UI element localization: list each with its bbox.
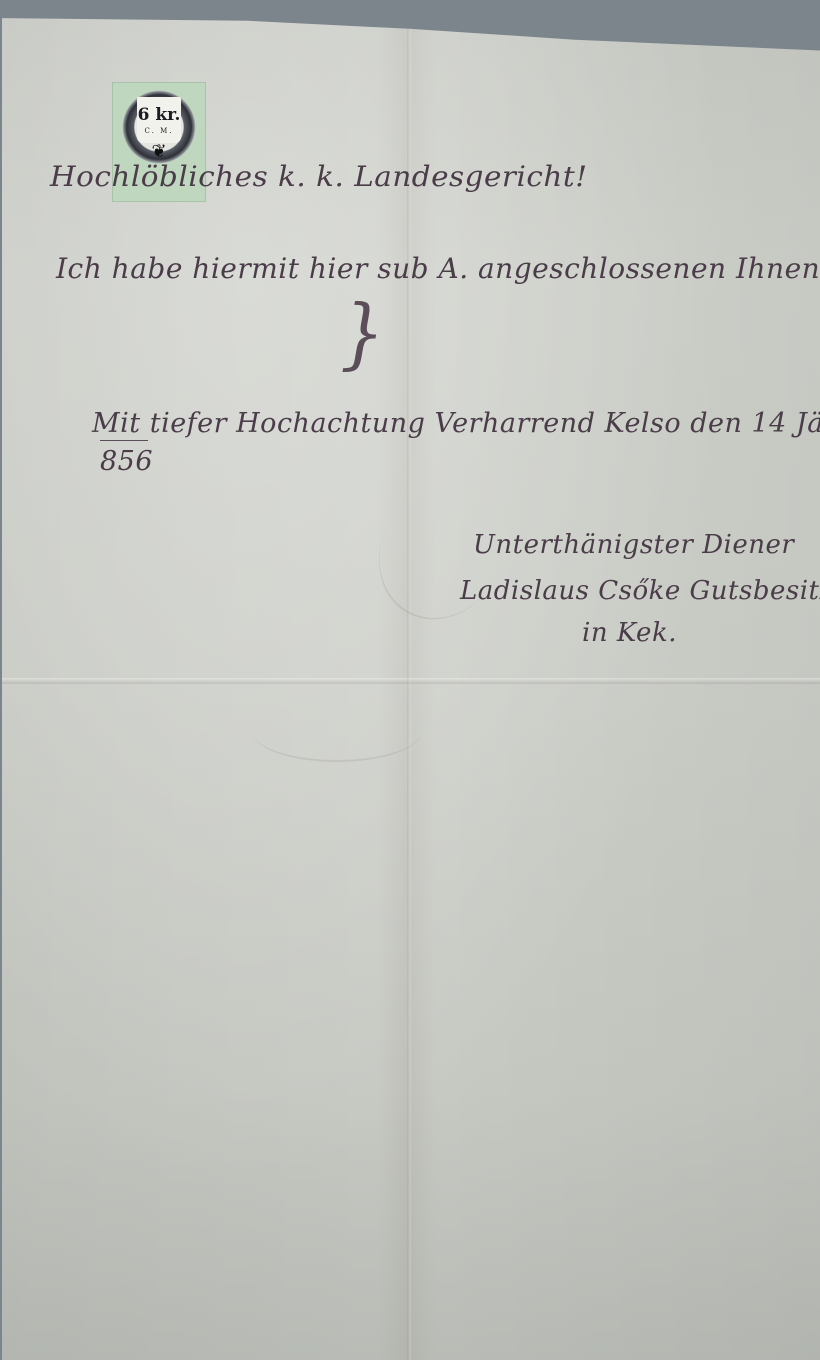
- year-underline: [100, 440, 148, 441]
- closing-line: Mit tiefer Hochachtung Verharrend Kelso …: [92, 408, 820, 439]
- signature-line-1: Unterthänigster Diener: [473, 530, 794, 560]
- salutation: Hochlöbliches k. k. Landesgericht!: [50, 160, 588, 193]
- bracket-mark: }: [340, 288, 385, 378]
- paper-sheet: [2, 10, 820, 1360]
- body-line: Ich habe hiermit hier sub A. angeschloss…: [56, 252, 820, 285]
- vertical-fold: [407, 10, 411, 1360]
- stamp-value: 6 kr.: [123, 105, 195, 125]
- paper-crease: [252, 700, 422, 762]
- signature-line-2: Ladislaus Csőke Gutsbesitzer: [460, 576, 820, 606]
- signature-line-3: in Kek.: [582, 618, 677, 648]
- horizontal-fold: [2, 678, 820, 684]
- stamp-currency: C. M.: [123, 127, 195, 135]
- year: 856: [100, 446, 153, 477]
